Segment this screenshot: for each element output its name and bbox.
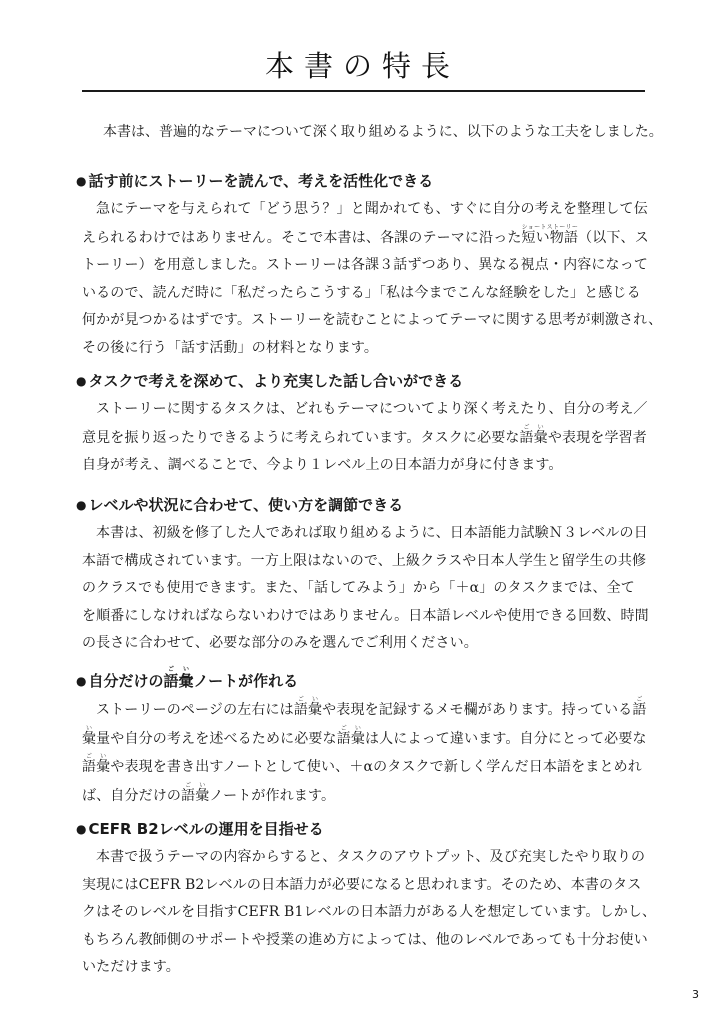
text-line: 意見を振り返ったりできるように考えられています。タスクに必要な語彙ごいや表現を学… xyxy=(82,424,652,453)
text-line: 彙い量や自分の考えを述べるために必要な語彙ごいは人によって違います。自分にとって… xyxy=(82,725,652,754)
section-heading: ●自分だけの語彙ごいノートが作れる xyxy=(76,666,652,692)
text-line: ば、自分だけの語彙ごいノートが作れます。 xyxy=(82,782,652,811)
text-line: その後に行う「話す活動」の材料となります。 xyxy=(82,335,652,363)
section-heading: ●CEFR B2レベルの運用を目指せる xyxy=(76,818,652,840)
text-line: ストーリーに関するタスクは、どれもテーマについてより深く考えたり、自分の考え／ xyxy=(82,396,652,424)
ruby-short-story: 短い物語ショートストーリー xyxy=(522,230,579,246)
text-line: ストーリーのページの左右には語彙ごいや表現を記録するメモ欄があります。持っている… xyxy=(82,696,652,725)
ruby-goi: 語彙ごい xyxy=(294,702,322,718)
section-level-adjust: ●レベルや状況に合わせて、使い方を調節できる 本書は、初級を修了した人であれば取… xyxy=(82,494,652,658)
section-cefr: ●CEFR B2レベルの運用を目指せる 本書で扱うテーマの内容からすると、タスク… xyxy=(82,818,652,982)
ruby-goi: 語彙ごい xyxy=(520,430,548,446)
ruby-go: 語ご xyxy=(632,702,646,718)
ruby-i: 彙い xyxy=(82,731,96,747)
page-title: 本書の特長 xyxy=(0,44,725,85)
text-line: を順番にしなければならないわけではありません。日本語レベルや使用できる回数、時間 xyxy=(82,603,652,631)
intro-paragraph: 本書は、普遍的なテーマについて深く取り組めるように、以下のような工夫をしました。 xyxy=(82,121,652,143)
page-number: 3 xyxy=(692,988,699,1001)
text-line: 本語で構成されています。一方上限はないので、上級クラスや日本人学生と留学生の共修 xyxy=(82,548,652,576)
section-heading: ●話す前にストーリーを読んで、考えを活性化できる xyxy=(76,170,652,192)
text-line: のクラスでも使用できます。また、「話してみよう」から「＋α」のタスクまでは、全て xyxy=(82,575,652,603)
text-line: いただけます。 xyxy=(82,954,652,982)
bullet-icon: ● xyxy=(76,498,86,512)
text-line: の長さに合わせて、必要な部分のみを選んでご利用ください。 xyxy=(82,630,652,658)
text-line: えられるわけではありません。そこで本書は、各課のテーマに沿った短い物語ショートス… xyxy=(82,224,652,253)
section-story-activation: ●話す前にストーリーを読んで、考えを活性化できる 急にテーマを与えられて「どう思… xyxy=(82,170,652,362)
section-vocab-notebook: ●自分だけの語彙ごいノートが作れる ストーリーのページの左右には語彙ごいや表現を… xyxy=(82,666,652,810)
text-line: 本書で扱うテーマの内容からすると、タスクのアウトプット、及び充実したやり取りの xyxy=(82,844,652,872)
text-line: クはそのレベルを目指すCEFR B1レベルの日本語力がある人を想定しています。し… xyxy=(82,899,652,927)
ruby-goi: 語彙ごい xyxy=(82,759,110,775)
ruby-goi: 語彙ごい xyxy=(337,731,365,747)
text-line: 語彙ごいや表現を書き出すノートとして使い、＋αのタスクで新しく学んだ日本語をまと… xyxy=(82,753,652,782)
text-line: 実現にはCEFR B2レベルの日本語力が必要になると思われます。そのため、本書の… xyxy=(82,872,652,900)
ruby-goi: 語彙ごい xyxy=(181,788,209,804)
text-line: 急にテーマを与えられて「どう思う？」と聞かれても、すぐに自分の考えを整理して伝 xyxy=(82,196,652,224)
text-line: 自身が考え、調べることで、今より１レベル上の日本語力が身に付きます。 xyxy=(82,452,652,480)
section-tasks: ●タスクで考えを深めて、より充実した話し合いができる ストーリーに関するタスクは… xyxy=(82,370,652,480)
title-underline xyxy=(82,90,645,92)
bullet-icon: ● xyxy=(76,174,86,188)
text-line: もちろん教師側のサポートや授業の進め方によっては、他のレベルであっても十分お使い xyxy=(82,927,652,955)
ruby-goi: 語彙ごい xyxy=(164,672,194,690)
section-heading: ●タスクで考えを深めて、より充実した話し合いができる xyxy=(76,370,652,392)
text-line: いるので、読んだ時に「私だったらこうする」「私は今までこんな経験をした」と感じる xyxy=(82,280,652,308)
section-heading: ●レベルや状況に合わせて、使い方を調節できる xyxy=(76,494,652,516)
bullet-icon: ● xyxy=(76,374,86,388)
bullet-icon: ● xyxy=(76,674,86,688)
bullet-icon: ● xyxy=(76,822,86,836)
text-line: 何かが見つかるはずです。ストーリーを読むことによってテーマに関する思考が刺激され… xyxy=(82,307,652,335)
text-line: トーリー）を用意しました。ストーリーは各課３話ずつあり、異なる視点・内容になって xyxy=(82,252,652,280)
text-line: 本書は、初級を修了した人であれば取り組めるように、日本語能力試験Ｎ３レベルの日 xyxy=(82,520,652,548)
